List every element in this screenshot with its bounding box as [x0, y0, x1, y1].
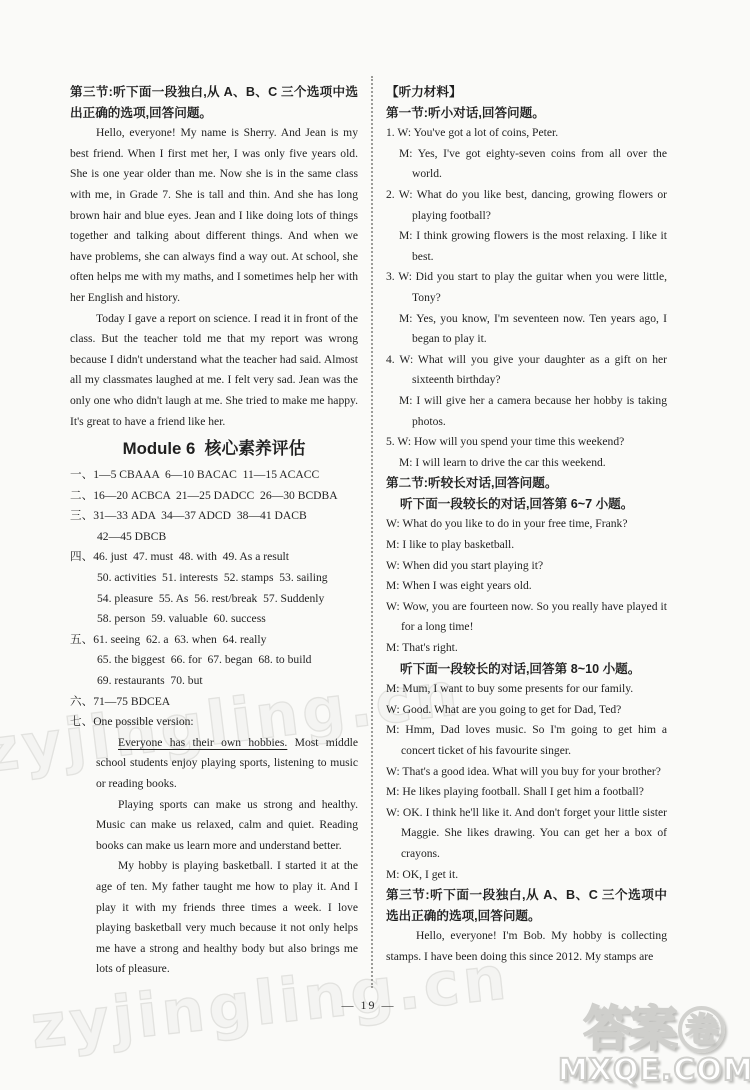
- dialog-line: M: I think growing flowers is the most r…: [386, 226, 667, 267]
- essay-paragraph: Playing sports can make us strong and he…: [96, 795, 358, 857]
- dialog-line: M: Mum, I want to buy some presents for …: [386, 679, 667, 700]
- dialog-line: M: He likes playing football. Shall I ge…: [386, 782, 667, 803]
- answer-line: 58. person 59. valuable 60. success: [70, 609, 358, 630]
- answer-line: 六、71—75 BDCEA: [70, 692, 358, 713]
- dialog-line: W: Wow, you are fourteen now. So you rea…: [386, 597, 667, 638]
- module-heading: Module 6 核心素养评估: [70, 432, 358, 465]
- dialog-line: M: When I was eight years old.: [386, 576, 667, 597]
- answer-line: 三、31—33 ADA 34—37 ADCD 38—41 DACB: [70, 506, 358, 527]
- answer-line: 四、46. just 47. must 48. with 49. As a re…: [70, 547, 358, 568]
- column-divider: [371, 76, 373, 988]
- logo-circle-char: 卷: [678, 1006, 725, 1053]
- essay-paragraph: My hobby is playing basketball. I starte…: [96, 856, 358, 980]
- dialog-line: M: Hmm, Dad loves music. So I'm going to…: [386, 720, 667, 761]
- dialog-line: 2. W: What do you like best, dancing, gr…: [386, 185, 667, 226]
- listening-section3-title: 第三节:听下面一段独白,从 A、B、C 三个选项中选出正确的选项,回答问题。: [70, 82, 358, 123]
- sub-dialog-instruction: 听下面一段较长的对话,回答第 8~10 小题。: [386, 659, 667, 680]
- right-column: 【听力材料】 第一节:听小对话,回答问题。 1. W: You've got a…: [386, 82, 667, 968]
- sub-dialog-instruction: 听下面一段较长的对话,回答第 6~7 小题。: [386, 494, 667, 515]
- essay-underlined-sentence: Everyone has their own hobbies.: [118, 736, 287, 749]
- dialog-line: 3. W: Did you start to play the guitar w…: [386, 267, 667, 308]
- transcript-paragraph: Hello, everyone! My name is Sherry. And …: [70, 123, 358, 308]
- answer-line: 二、16—20 ACBCA 21—25 DADCC 26—30 BCDBA: [70, 486, 358, 507]
- logo-brand: 答案卷: [558, 1004, 750, 1054]
- answer-line: 69. restaurants 70. but: [70, 671, 358, 692]
- section2-title: 第二节:听较长对话,回答问题。: [386, 473, 667, 494]
- dialog-line: W: When did you start playing it?: [386, 556, 667, 577]
- listening-materials-header: 【听力材料】: [386, 82, 667, 103]
- left-column: 第三节:听下面一段独白,从 A、B、C 三个选项中选出正确的选项,回答问题。 H…: [70, 82, 358, 980]
- dialog-line: W: That's a good idea. What will you buy…: [386, 762, 667, 783]
- dialog-line: W: What do you like to do in your free t…: [386, 514, 667, 535]
- dialog-line: M: That's right.: [386, 638, 667, 659]
- answer-site-logo: 答案卷 MXQE.COM: [558, 1004, 750, 1088]
- dialog-line: M: Yes, you know, I'm seventeen now. Ten…: [386, 309, 667, 350]
- answer-line: 50. activities 51. interests 52. stamps …: [70, 568, 358, 589]
- answer-line: 七、One possible version:: [70, 712, 358, 733]
- monologue: Hello, everyone! I'm Bob. My hobby is co…: [386, 926, 667, 967]
- dialog-line: M: I will learn to drive the car this we…: [386, 453, 667, 474]
- section1-title: 第一节:听小对话,回答问题。: [386, 103, 667, 124]
- answer-line: 65. the biggest 66. for 67. began 68. to…: [70, 650, 358, 671]
- answer-line: 一、1—5 CBAAA 6—10 BACAC 11—15 ACACC: [70, 465, 358, 486]
- transcript-paragraph: Today I gave a report on science. I read…: [70, 309, 358, 433]
- dialog-line: 4. W: What will you give your daughter a…: [386, 350, 667, 391]
- dialog-line: M: OK, I get it.: [386, 865, 667, 886]
- dialog-line: W: OK. I think he'll like it. And don't …: [386, 803, 667, 865]
- dialog-line: M: I will give her a camera because her …: [386, 391, 667, 432]
- answer-line: 五、61. seeing 62. a 63. when 64. really: [70, 630, 358, 651]
- dialog-line: 1. W: You've got a lot of coins, Peter.: [386, 123, 667, 144]
- answer-line: 54. pleasure 55. As 56. rest/break 57. S…: [70, 589, 358, 610]
- dialog-line: M: Yes, I've got eighty-seven coins from…: [386, 144, 667, 185]
- dialog-line: M: I like to play basketball.: [386, 535, 667, 556]
- scanned-answer-page: { "page": { "number": "— 19 —", "waterma…: [0, 0, 750, 1090]
- logo-site: MXQE.COM: [558, 1054, 750, 1088]
- dialog-line: W: Good. What are you going to get for D…: [386, 700, 667, 721]
- essay-paragraph: Everyone has their own hobbies. Most mid…: [96, 733, 358, 795]
- model-essay: Everyone has their own hobbies. Most mid…: [70, 733, 358, 980]
- dialog-line: 5. W: How will you spend your time this …: [386, 432, 667, 453]
- logo-text: 答案: [583, 1004, 675, 1054]
- section3-title: 第三节:听下面一段独白,从 A、B、C 三个选项中选出正确的选项,回答问题。: [386, 885, 667, 926]
- answer-line: 42—45 DBCB: [70, 527, 358, 548]
